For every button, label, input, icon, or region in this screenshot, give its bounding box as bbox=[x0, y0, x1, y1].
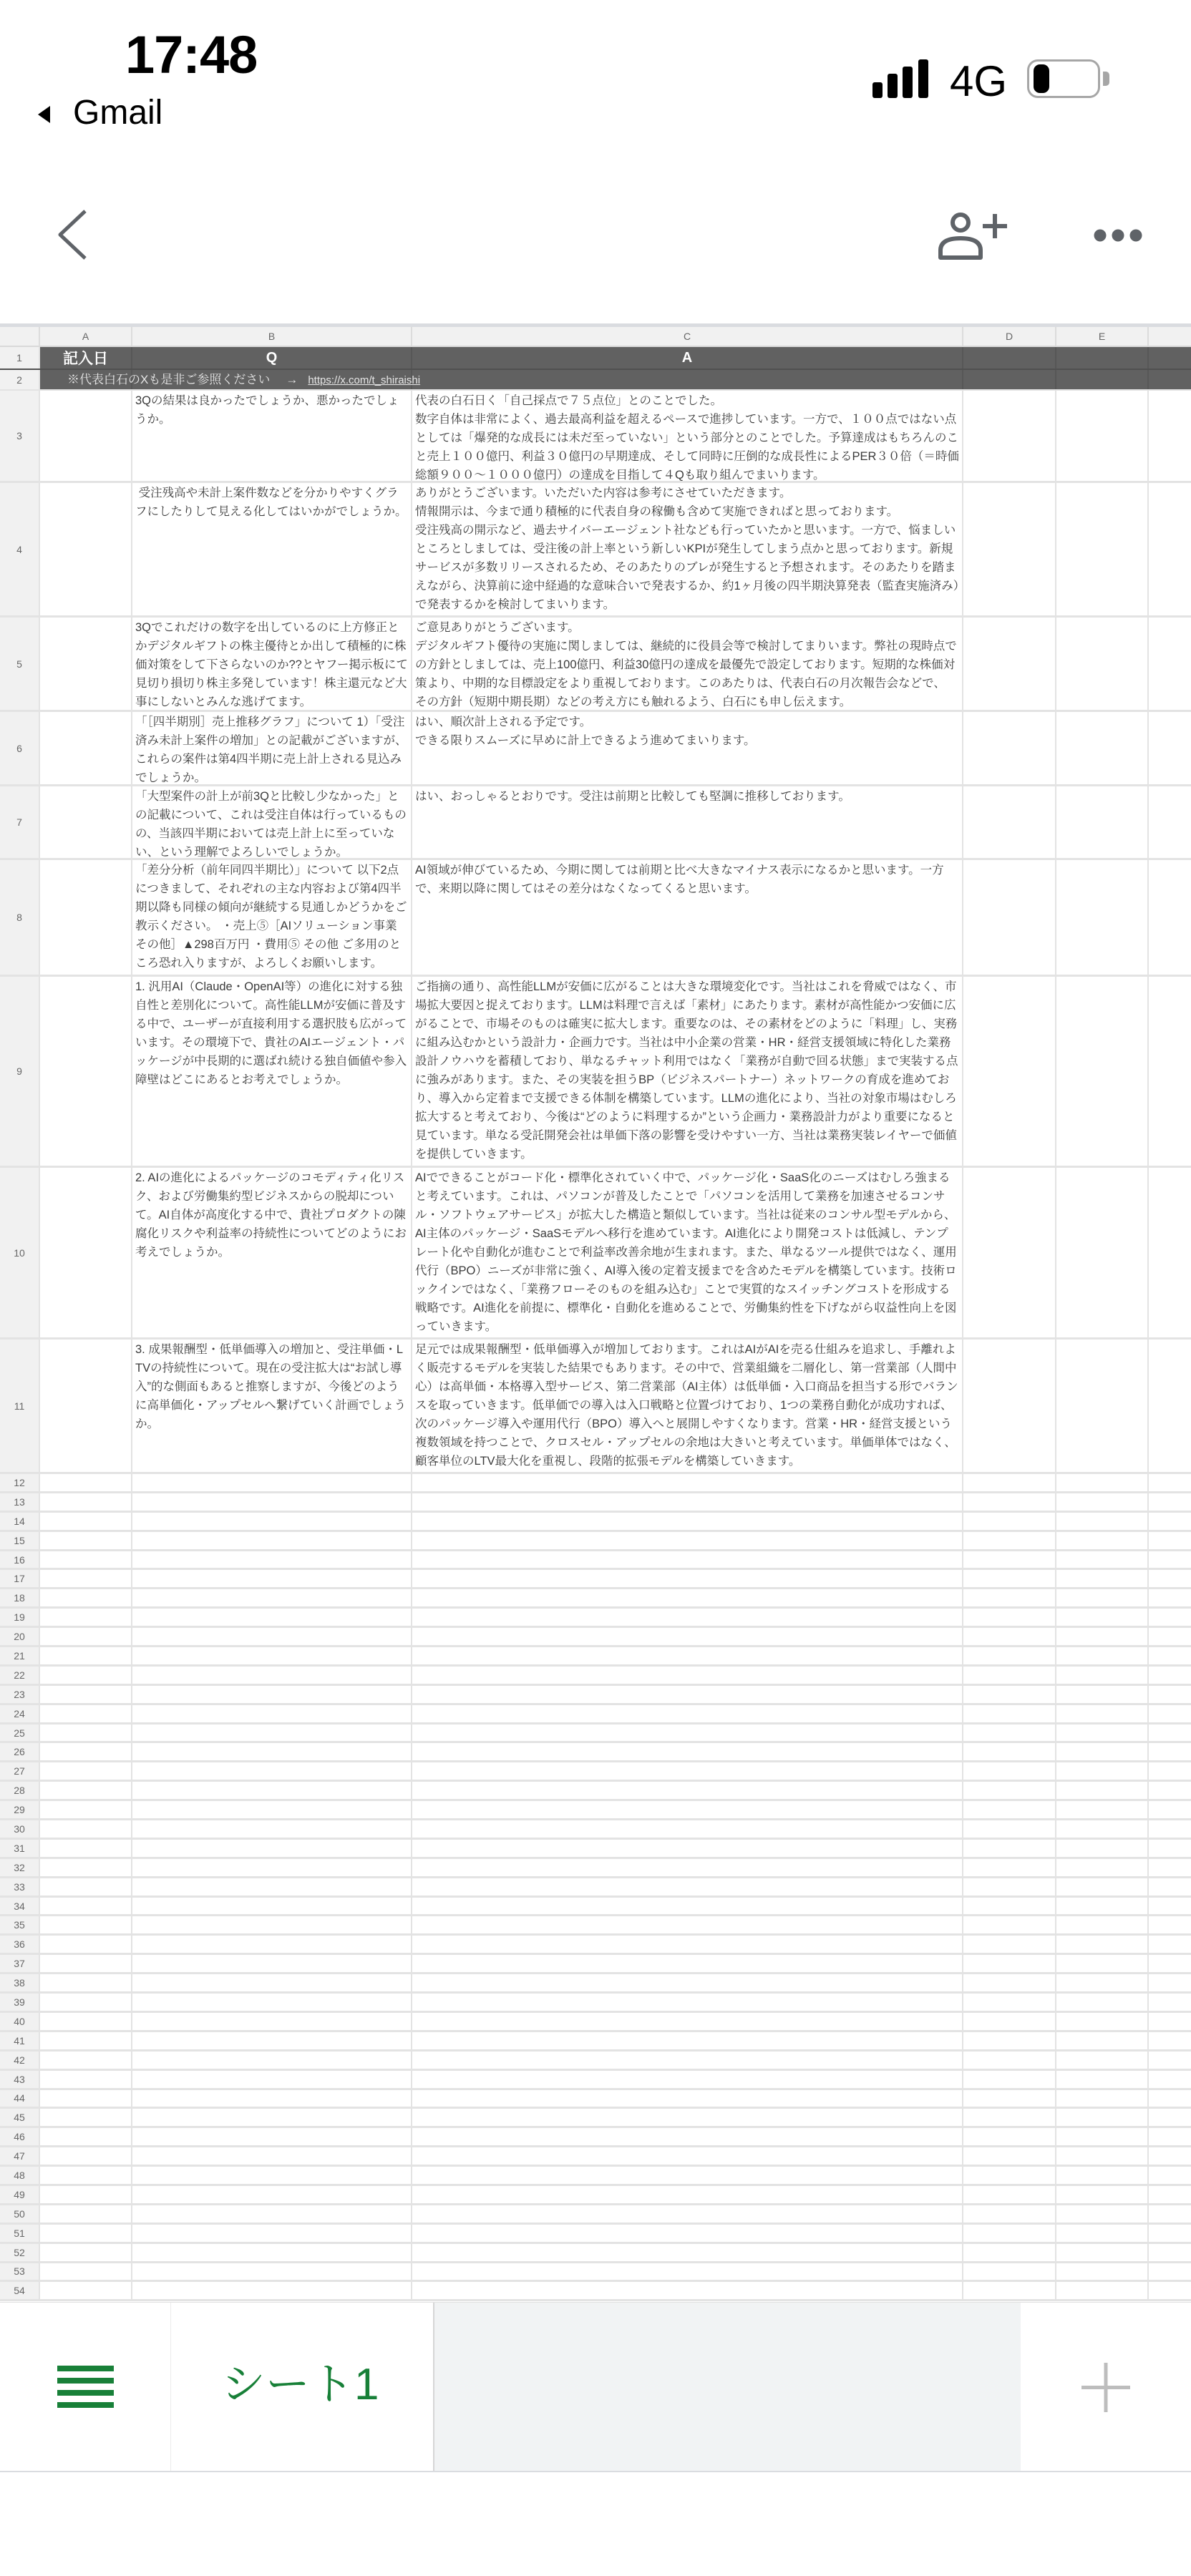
cell-d20[interactable] bbox=[963, 1628, 1056, 1645]
cell-c28[interactable] bbox=[412, 1782, 963, 1799]
cell-a41[interactable] bbox=[40, 2032, 132, 2049]
row-header-22[interactable]: 22 bbox=[0, 1667, 40, 1684]
cell-b7-question[interactable]: 「大型案件の計上が前3Qと比較し少なかった」との記載について、これは受注自体は行… bbox=[132, 786, 412, 858]
cell-f37[interactable] bbox=[1149, 1955, 1191, 1972]
row-header-14[interactable]: 14 bbox=[0, 1513, 40, 1530]
cell-b27[interactable] bbox=[132, 1762, 412, 1780]
cell-a20[interactable] bbox=[40, 1628, 132, 1645]
cell-d25[interactable] bbox=[963, 1724, 1056, 1742]
cell-e4[interactable] bbox=[1056, 483, 1149, 615]
cell-f1[interactable] bbox=[1149, 347, 1191, 369]
cell-f2[interactable] bbox=[1149, 370, 1191, 389]
cell-b16[interactable] bbox=[132, 1551, 412, 1568]
cell-e49[interactable] bbox=[1056, 2186, 1149, 2203]
row-header-1[interactable]: 1 bbox=[0, 347, 40, 369]
row-header-23[interactable]: 23 bbox=[0, 1686, 40, 1703]
cell-c17[interactable] bbox=[412, 1570, 963, 1587]
row-header-12[interactable]: 12 bbox=[0, 1474, 40, 1491]
row-header-6[interactable]: 6 bbox=[0, 712, 40, 784]
cell-b8-question[interactable]: 「差分分析（前年同四半期比）」について 以下2点につきまして、それぞれの主な内容… bbox=[132, 860, 412, 975]
row-header-2[interactable]: 2 bbox=[0, 370, 40, 389]
cell-c29[interactable] bbox=[412, 1801, 963, 1818]
cell-d30[interactable] bbox=[963, 1820, 1056, 1838]
cell-e22[interactable] bbox=[1056, 1667, 1149, 1684]
cell-c33[interactable] bbox=[412, 1878, 963, 1896]
cell-f31[interactable] bbox=[1149, 1840, 1191, 1857]
cell-c10-answer[interactable]: AIでできることがコード化・標準化されていく中で、パッケージ化・SaaS化のニー… bbox=[412, 1168, 963, 1337]
row-header-43[interactable]: 43 bbox=[0, 2071, 40, 2088]
row-header-54[interactable]: 54 bbox=[0, 2282, 40, 2299]
cell-a10[interactable] bbox=[40, 1168, 132, 1337]
cell-f34[interactable] bbox=[1149, 1898, 1191, 1915]
cell-b49[interactable] bbox=[132, 2186, 412, 2203]
row-header-52[interactable]: 52 bbox=[0, 2244, 40, 2261]
cell-f5[interactable] bbox=[1149, 618, 1191, 710]
cell-c36[interactable] bbox=[412, 1936, 963, 1953]
cell-c44[interactable] bbox=[412, 2090, 963, 2107]
cell-f4[interactable] bbox=[1149, 483, 1191, 615]
cell-f41[interactable] bbox=[1149, 2032, 1191, 2049]
cell-b36[interactable] bbox=[132, 1936, 412, 1953]
cell-d38[interactable] bbox=[963, 1974, 1056, 1991]
cell-d34[interactable] bbox=[963, 1898, 1056, 1915]
cell-e14[interactable] bbox=[1056, 1513, 1149, 1530]
row-header-44[interactable]: 44 bbox=[0, 2090, 40, 2107]
cell-e38[interactable] bbox=[1056, 1974, 1149, 1991]
cell-e24[interactable] bbox=[1056, 1705, 1149, 1722]
cell-d12[interactable] bbox=[963, 1474, 1056, 1491]
cell-c53[interactable] bbox=[412, 2263, 963, 2280]
cell-b48[interactable] bbox=[132, 2167, 412, 2184]
cell-d35[interactable] bbox=[963, 1916, 1056, 1933]
cell-a50[interactable] bbox=[40, 2205, 132, 2223]
select-all-corner[interactable] bbox=[0, 327, 40, 346]
cell-e5[interactable] bbox=[1056, 618, 1149, 710]
cell-e54[interactable] bbox=[1056, 2282, 1149, 2299]
cell-b40[interactable] bbox=[132, 2013, 412, 2030]
cell-e31[interactable] bbox=[1056, 1840, 1149, 1857]
cell-a29[interactable] bbox=[40, 1801, 132, 1818]
cell-f29[interactable] bbox=[1149, 1801, 1191, 1818]
row-header-50[interactable]: 50 bbox=[0, 2205, 40, 2223]
cell-c16[interactable] bbox=[412, 1551, 963, 1568]
cell-f47[interactable] bbox=[1149, 2147, 1191, 2165]
cell-d21[interactable] bbox=[963, 1647, 1056, 1664]
column-header-e[interactable]: E bbox=[1056, 327, 1149, 346]
cell-e30[interactable] bbox=[1056, 1820, 1149, 1838]
cell-f18[interactable] bbox=[1149, 1589, 1191, 1606]
cell-b30[interactable] bbox=[132, 1820, 412, 1838]
cell-d1[interactable] bbox=[963, 347, 1056, 369]
cell-e6[interactable] bbox=[1056, 712, 1149, 784]
cell-e7[interactable] bbox=[1056, 786, 1149, 858]
row-header-27[interactable]: 27 bbox=[0, 1762, 40, 1780]
cell-d43[interactable] bbox=[963, 2071, 1056, 2088]
cell-a21[interactable] bbox=[40, 1647, 132, 1664]
cell-d23[interactable] bbox=[963, 1686, 1056, 1703]
cell-d4[interactable] bbox=[963, 483, 1056, 615]
cell-e29[interactable] bbox=[1056, 1801, 1149, 1818]
cell-e15[interactable] bbox=[1056, 1532, 1149, 1549]
cell-c18[interactable] bbox=[412, 1589, 963, 1606]
sheet-list-button[interactable] bbox=[0, 2303, 171, 2471]
cell-a9[interactable] bbox=[40, 977, 132, 1166]
cell-e16[interactable] bbox=[1056, 1551, 1149, 1568]
row-header-5[interactable]: 5 bbox=[0, 618, 40, 710]
cell-f25[interactable] bbox=[1149, 1724, 1191, 1742]
cell-d6[interactable] bbox=[963, 712, 1056, 784]
row-header-15[interactable]: 15 bbox=[0, 1532, 40, 1549]
cell-d47[interactable] bbox=[963, 2147, 1056, 2165]
cell-b9-question[interactable]: 1. 汎用AI（Claude・OpenAI等）の進化に対する独自性と差別化につい… bbox=[132, 977, 412, 1166]
cell-c49[interactable] bbox=[412, 2186, 963, 2203]
cell-d28[interactable] bbox=[963, 1782, 1056, 1799]
row-header-47[interactable]: 47 bbox=[0, 2147, 40, 2165]
cell-b47[interactable] bbox=[132, 2147, 412, 2165]
cell-e40[interactable] bbox=[1056, 2013, 1149, 2030]
cell-e33[interactable] bbox=[1056, 1878, 1149, 1896]
cell-f16[interactable] bbox=[1149, 1551, 1191, 1568]
cell-c23[interactable] bbox=[412, 1686, 963, 1703]
cell-b11-question[interactable]: 3. 成果報酬型・低単価導入の増加と、受注単価・LTVの持続性について。現在の受… bbox=[132, 1340, 412, 1472]
cell-f46[interactable] bbox=[1149, 2128, 1191, 2145]
cell-c3-answer[interactable]: 代表の白石日く「自己採点で７５点位」とのことでした。 数字自体は非常によく、過去… bbox=[412, 391, 963, 481]
cell-d39[interactable] bbox=[963, 1994, 1056, 2011]
row-header-18[interactable]: 18 bbox=[0, 1589, 40, 1606]
cell-c51[interactable] bbox=[412, 2225, 963, 2242]
cell-b43[interactable] bbox=[132, 2071, 412, 2088]
cell-f54[interactable] bbox=[1149, 2282, 1191, 2299]
cell-c24[interactable] bbox=[412, 1705, 963, 1722]
cell-f23[interactable] bbox=[1149, 1686, 1191, 1703]
cell-c47[interactable] bbox=[412, 2147, 963, 2165]
cell-e51[interactable] bbox=[1056, 2225, 1149, 2242]
cell-c8-answer[interactable]: AI領域が伸びているため、今期に関しては前期と比べ大きなマイナス表示になるかと思… bbox=[412, 860, 963, 975]
cell-a16[interactable] bbox=[40, 1551, 132, 1568]
cell-e17[interactable] bbox=[1056, 1570, 1149, 1587]
row-header-25[interactable]: 25 bbox=[0, 1724, 40, 1742]
row-header-51[interactable]: 51 bbox=[0, 2225, 40, 2242]
cell-e41[interactable] bbox=[1056, 2032, 1149, 2049]
cell-c30[interactable] bbox=[412, 1820, 963, 1838]
cell-e35[interactable] bbox=[1056, 1916, 1149, 1933]
cell-d52[interactable] bbox=[963, 2244, 1056, 2261]
cell-b19[interactable] bbox=[132, 1609, 412, 1626]
cell-a12[interactable] bbox=[40, 1474, 132, 1491]
cell-b31[interactable] bbox=[132, 1840, 412, 1857]
cell-e45[interactable] bbox=[1056, 2109, 1149, 2126]
cell-e32[interactable] bbox=[1056, 1859, 1149, 1876]
cell-f20[interactable] bbox=[1149, 1628, 1191, 1645]
cell-c41[interactable] bbox=[412, 2032, 963, 2049]
cell-f53[interactable] bbox=[1149, 2263, 1191, 2280]
cell-f38[interactable] bbox=[1149, 1974, 1191, 1991]
cell-e36[interactable] bbox=[1056, 1936, 1149, 1953]
cell-c5-answer[interactable]: ご意見ありがとうございます。 デジタルギフト優待の実施に関しましては、継続的に役… bbox=[412, 618, 963, 710]
cell-a27[interactable] bbox=[40, 1762, 132, 1780]
cell-f26[interactable] bbox=[1149, 1743, 1191, 1760]
cell-e10[interactable] bbox=[1056, 1168, 1149, 1337]
cell-e19[interactable] bbox=[1056, 1609, 1149, 1626]
cell-d24[interactable] bbox=[963, 1705, 1056, 1722]
cell-a54[interactable] bbox=[40, 2282, 132, 2299]
cell-d19[interactable] bbox=[963, 1609, 1056, 1626]
cell-e53[interactable] bbox=[1056, 2263, 1149, 2280]
cell-b15[interactable] bbox=[132, 1532, 412, 1549]
cell-d49[interactable] bbox=[963, 2186, 1056, 2203]
cell-a45[interactable] bbox=[40, 2109, 132, 2126]
cell-c40[interactable] bbox=[412, 2013, 963, 2030]
cell-a39[interactable] bbox=[40, 1994, 132, 2011]
row-header-16[interactable]: 16 bbox=[0, 1551, 40, 1568]
cell-c34[interactable] bbox=[412, 1898, 963, 1915]
cell-c43[interactable] bbox=[412, 2071, 963, 2088]
row-header-29[interactable]: 29 bbox=[0, 1801, 40, 1818]
cell-c15[interactable] bbox=[412, 1532, 963, 1549]
cell-c20[interactable] bbox=[412, 1628, 963, 1645]
cell-c2[interactable] bbox=[412, 370, 963, 389]
cell-b1-question-header[interactable]: Q bbox=[132, 347, 412, 369]
cell-a42[interactable] bbox=[40, 2051, 132, 2069]
row-header-42[interactable]: 42 bbox=[0, 2051, 40, 2069]
cell-e21[interactable] bbox=[1056, 1647, 1149, 1664]
cell-a49[interactable] bbox=[40, 2186, 132, 2203]
row-header-24[interactable]: 24 bbox=[0, 1705, 40, 1722]
row-header-13[interactable]: 13 bbox=[0, 1493, 40, 1511]
cell-a18[interactable] bbox=[40, 1589, 132, 1606]
cell-b6-question[interactable]: 「［四半期別］売上推移グラフ」について 1）「受注済み未計上案件の増加」との記載… bbox=[132, 712, 412, 784]
cell-d14[interactable] bbox=[963, 1513, 1056, 1530]
cell-d18[interactable] bbox=[963, 1589, 1056, 1606]
cell-f13[interactable] bbox=[1149, 1493, 1191, 1511]
row-header-36[interactable]: 36 bbox=[0, 1936, 40, 1953]
cell-f7[interactable] bbox=[1149, 786, 1191, 858]
cell-c9-answer[interactable]: ご指摘の通り、高性能LLMが安価に広がることは大きな環境変化です。当社はこれを脅… bbox=[412, 977, 963, 1166]
row-header-38[interactable]: 38 bbox=[0, 1974, 40, 1991]
cell-f52[interactable] bbox=[1149, 2244, 1191, 2261]
cell-a25[interactable] bbox=[40, 1724, 132, 1742]
cell-b23[interactable] bbox=[132, 1686, 412, 1703]
cell-e8[interactable] bbox=[1056, 860, 1149, 975]
cell-a8[interactable] bbox=[40, 860, 132, 975]
column-header-c[interactable]: C bbox=[412, 327, 963, 346]
cell-c35[interactable] bbox=[412, 1916, 963, 1933]
cell-b32[interactable] bbox=[132, 1859, 412, 1876]
cell-d37[interactable] bbox=[963, 1955, 1056, 1972]
cell-a47[interactable] bbox=[40, 2147, 132, 2165]
cell-e18[interactable] bbox=[1056, 1589, 1149, 1606]
cell-d15[interactable] bbox=[963, 1532, 1056, 1549]
cell-f12[interactable] bbox=[1149, 1474, 1191, 1491]
cell-d41[interactable] bbox=[963, 2032, 1056, 2049]
cell-d5[interactable] bbox=[963, 618, 1056, 710]
cell-d8[interactable] bbox=[963, 860, 1056, 975]
cell-f48[interactable] bbox=[1149, 2167, 1191, 2184]
cell-c7-answer[interactable]: はい、おっしゃるとおりです。受注は前期と比較しても堅調に推移しております。 bbox=[412, 786, 963, 858]
cell-c1-answer-header[interactable]: A bbox=[412, 347, 963, 369]
cell-b24[interactable] bbox=[132, 1705, 412, 1722]
cell-c12[interactable] bbox=[412, 1474, 963, 1491]
row-header-48[interactable]: 48 bbox=[0, 2167, 40, 2184]
cell-b34[interactable] bbox=[132, 1898, 412, 1915]
cell-a30[interactable] bbox=[40, 1820, 132, 1838]
row-header-28[interactable]: 28 bbox=[0, 1782, 40, 1799]
cell-e46[interactable] bbox=[1056, 2128, 1149, 2145]
cell-f42[interactable] bbox=[1149, 2051, 1191, 2069]
cell-e2[interactable] bbox=[1056, 370, 1149, 389]
add-sheet-button[interactable] bbox=[1021, 2303, 1191, 2471]
row-header-31[interactable]: 31 bbox=[0, 1840, 40, 1857]
cell-d45[interactable] bbox=[963, 2109, 1056, 2126]
cell-e26[interactable] bbox=[1056, 1743, 1149, 1760]
sheet-tab-active[interactable]: シート1 bbox=[171, 2303, 433, 2471]
cell-a14[interactable] bbox=[40, 1513, 132, 1530]
cell-f33[interactable] bbox=[1149, 1878, 1191, 1896]
cell-d51[interactable] bbox=[963, 2225, 1056, 2242]
column-header-b[interactable]: B bbox=[132, 327, 412, 346]
cell-d7[interactable] bbox=[963, 786, 1056, 858]
cell-d32[interactable] bbox=[963, 1859, 1056, 1876]
cell-a22[interactable] bbox=[40, 1667, 132, 1684]
more-horizontal-icon[interactable] bbox=[1093, 228, 1143, 243]
cell-e1[interactable] bbox=[1056, 347, 1149, 369]
cell-a26[interactable] bbox=[40, 1743, 132, 1760]
cell-d54[interactable] bbox=[963, 2282, 1056, 2299]
row-header-10[interactable]: 10 bbox=[0, 1168, 40, 1337]
cell-b39[interactable] bbox=[132, 1994, 412, 2011]
cell-b25[interactable] bbox=[132, 1724, 412, 1742]
row-header-19[interactable]: 19 bbox=[0, 1609, 40, 1626]
row-header-3[interactable]: 3 bbox=[0, 391, 40, 481]
cell-c39[interactable] bbox=[412, 1994, 963, 2011]
cell-b50[interactable] bbox=[132, 2205, 412, 2223]
column-header-f[interactable] bbox=[1149, 327, 1191, 346]
cell-a13[interactable] bbox=[40, 1493, 132, 1511]
cell-d44[interactable] bbox=[963, 2090, 1056, 2107]
spreadsheet-grid[interactable]: A B C D E 1 記入日 Q A 2 ※代表白石のXも是非ご参照ください→… bbox=[0, 323, 1191, 2301]
cell-d29[interactable] bbox=[963, 1801, 1056, 1818]
cell-a5[interactable] bbox=[40, 618, 132, 710]
cell-b26[interactable] bbox=[132, 1743, 412, 1760]
cell-b52[interactable] bbox=[132, 2244, 412, 2261]
cell-e3[interactable] bbox=[1056, 391, 1149, 481]
cell-d9[interactable] bbox=[963, 977, 1056, 1166]
cell-c32[interactable] bbox=[412, 1859, 963, 1876]
cell-b20[interactable] bbox=[132, 1628, 412, 1645]
cell-a11[interactable] bbox=[40, 1340, 132, 1472]
cell-f50[interactable] bbox=[1149, 2205, 1191, 2223]
cell-d10[interactable] bbox=[963, 1168, 1056, 1337]
cell-e42[interactable] bbox=[1056, 2051, 1149, 2069]
cell-b3-question[interactable]: 3Qの結果は良かったでしょうか、悪かったでしょうか。 bbox=[132, 391, 412, 481]
cell-f51[interactable] bbox=[1149, 2225, 1191, 2242]
cell-b29[interactable] bbox=[132, 1801, 412, 1818]
cell-f44[interactable] bbox=[1149, 2090, 1191, 2107]
cell-c4-answer[interactable]: ありがとうございます。いただいた内容は参考にさせていただきます。 情報開示は、今… bbox=[412, 483, 963, 615]
cell-c6-answer[interactable]: はい、順次計上される予定です。 できる限りスムーズに早めに計上できるよう進めてま… bbox=[412, 712, 963, 784]
cell-f40[interactable] bbox=[1149, 2013, 1191, 2030]
row-header-7[interactable]: 7 bbox=[0, 786, 40, 858]
cell-f21[interactable] bbox=[1149, 1647, 1191, 1664]
cell-a31[interactable] bbox=[40, 1840, 132, 1857]
cell-b44[interactable] bbox=[132, 2090, 412, 2107]
cell-f19[interactable] bbox=[1149, 1609, 1191, 1626]
cell-a23[interactable] bbox=[40, 1686, 132, 1703]
cell-c14[interactable] bbox=[412, 1513, 963, 1530]
cell-b10-question[interactable]: 2. AIの進化によるパッケージのコモディティ化リスク、および労働集約型ビジネス… bbox=[132, 1168, 412, 1337]
cell-d46[interactable] bbox=[963, 2128, 1056, 2145]
cell-e28[interactable] bbox=[1056, 1782, 1149, 1799]
cell-b17[interactable] bbox=[132, 1570, 412, 1587]
cell-e37[interactable] bbox=[1056, 1955, 1149, 1972]
cell-b33[interactable] bbox=[132, 1878, 412, 1896]
cell-e43[interactable] bbox=[1056, 2071, 1149, 2088]
cell-e47[interactable] bbox=[1056, 2147, 1149, 2165]
cell-a36[interactable] bbox=[40, 1936, 132, 1953]
cell-b21[interactable] bbox=[132, 1647, 412, 1664]
cell-e48[interactable] bbox=[1056, 2167, 1149, 2184]
row-header-8[interactable]: 8 bbox=[0, 860, 40, 975]
cell-c54[interactable] bbox=[412, 2282, 963, 2299]
cell-e50[interactable] bbox=[1056, 2205, 1149, 2223]
cell-d3[interactable] bbox=[963, 391, 1056, 481]
cell-c37[interactable] bbox=[412, 1955, 963, 1972]
cell-f49[interactable] bbox=[1149, 2186, 1191, 2203]
row-header-17[interactable]: 17 bbox=[0, 1570, 40, 1587]
cell-c26[interactable] bbox=[412, 1743, 963, 1760]
cell-a34[interactable] bbox=[40, 1898, 132, 1915]
cell-f28[interactable] bbox=[1149, 1782, 1191, 1799]
cell-c11-answer[interactable]: 足元では成果報酬型・低単価導入が増加しております。これはAIがAIを売る仕組みを… bbox=[412, 1340, 963, 1472]
cell-b51[interactable] bbox=[132, 2225, 412, 2242]
cell-f10[interactable] bbox=[1149, 1168, 1191, 1337]
cell-d2[interactable] bbox=[963, 370, 1056, 389]
cell-f6[interactable] bbox=[1149, 712, 1191, 784]
cell-d40[interactable] bbox=[963, 2013, 1056, 2030]
cell-a6[interactable] bbox=[40, 712, 132, 784]
cell-b12[interactable] bbox=[132, 1474, 412, 1491]
cell-b14[interactable] bbox=[132, 1513, 412, 1530]
cell-c42[interactable] bbox=[412, 2051, 963, 2069]
row-header-46[interactable]: 46 bbox=[0, 2128, 40, 2145]
cell-b28[interactable] bbox=[132, 1782, 412, 1799]
cell-a40[interactable] bbox=[40, 2013, 132, 2030]
cell-a7[interactable] bbox=[40, 786, 132, 858]
cell-b13[interactable] bbox=[132, 1493, 412, 1511]
column-header-a[interactable]: A bbox=[40, 327, 132, 346]
row-header-11[interactable]: 11 bbox=[0, 1340, 40, 1472]
cell-b54[interactable] bbox=[132, 2282, 412, 2299]
cell-f3[interactable] bbox=[1149, 391, 1191, 481]
cell-c45[interactable] bbox=[412, 2109, 963, 2126]
cell-a15[interactable] bbox=[40, 1532, 132, 1549]
cell-f9[interactable] bbox=[1149, 977, 1191, 1166]
cell-f39[interactable] bbox=[1149, 1994, 1191, 2011]
row-header-40[interactable]: 40 bbox=[0, 2013, 40, 2030]
cell-d22[interactable] bbox=[963, 1667, 1056, 1684]
cell-e13[interactable] bbox=[1056, 1493, 1149, 1511]
row-header-20[interactable]: 20 bbox=[0, 1628, 40, 1645]
cell-a33[interactable] bbox=[40, 1878, 132, 1896]
cell-e44[interactable] bbox=[1056, 2090, 1149, 2107]
cell-d16[interactable] bbox=[963, 1551, 1056, 1568]
cell-d36[interactable] bbox=[963, 1936, 1056, 1953]
row-header-32[interactable]: 32 bbox=[0, 1859, 40, 1876]
row-header-39[interactable]: 39 bbox=[0, 1994, 40, 2011]
cell-f32[interactable] bbox=[1149, 1859, 1191, 1876]
cell-a1-date-header[interactable]: 記入日 bbox=[40, 347, 132, 369]
cell-b18[interactable] bbox=[132, 1589, 412, 1606]
